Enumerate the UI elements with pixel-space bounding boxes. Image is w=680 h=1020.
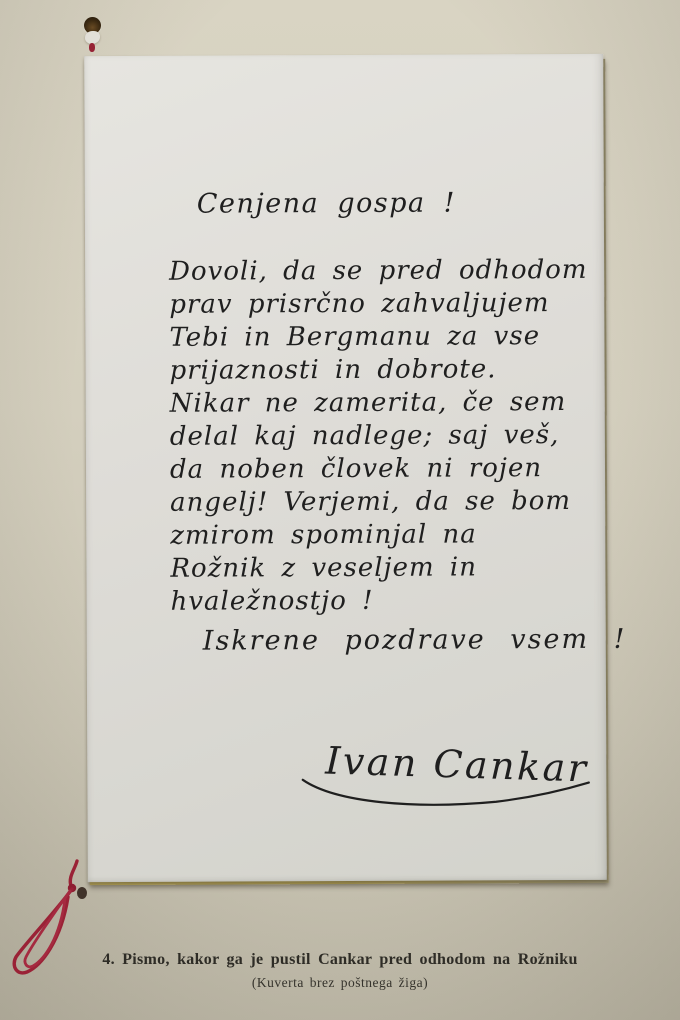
body-line: zmirom spominjal na xyxy=(170,518,589,553)
body-line: Nikar ne zamerita, če sem xyxy=(170,386,589,421)
body-line: Rožnik z veseljem in xyxy=(170,551,589,586)
red-binding-thread xyxy=(8,853,118,988)
body-line: da noben človek ni rojen xyxy=(170,452,589,487)
body-line: delal kaj nadlege; saj veš, xyxy=(170,419,589,454)
body-line: Tebi in Bergmanu za vse xyxy=(169,320,588,355)
closing-line: Iskrene pozdrave vsem ! xyxy=(203,624,627,657)
red-thread-top-fragment xyxy=(89,43,95,52)
body-line: prav prisrčno zahvaljujem xyxy=(169,287,588,322)
salutation-line: Cenjena gospa ! xyxy=(197,188,456,220)
signature-flourish-icon xyxy=(296,772,597,821)
letter-photograph: Cenjena gospa ! Dovoli, da se pred odhod… xyxy=(0,0,680,1020)
letter-paper: Cenjena gospa ! Dovoli, da se pred odhod… xyxy=(84,54,607,882)
body-line: prijaznosti in dobrote. xyxy=(170,353,589,388)
body-line: angelj! Verjemi, da se bom xyxy=(170,485,589,520)
body-line: hvaležnostjo ! xyxy=(171,584,590,619)
signature: Ivan Cankar xyxy=(325,739,589,791)
letter-body: Dovoli, da se pred odhodom prav prisrčno… xyxy=(169,254,589,619)
body-line: Dovoli, da se pred odhodom xyxy=(169,254,588,289)
